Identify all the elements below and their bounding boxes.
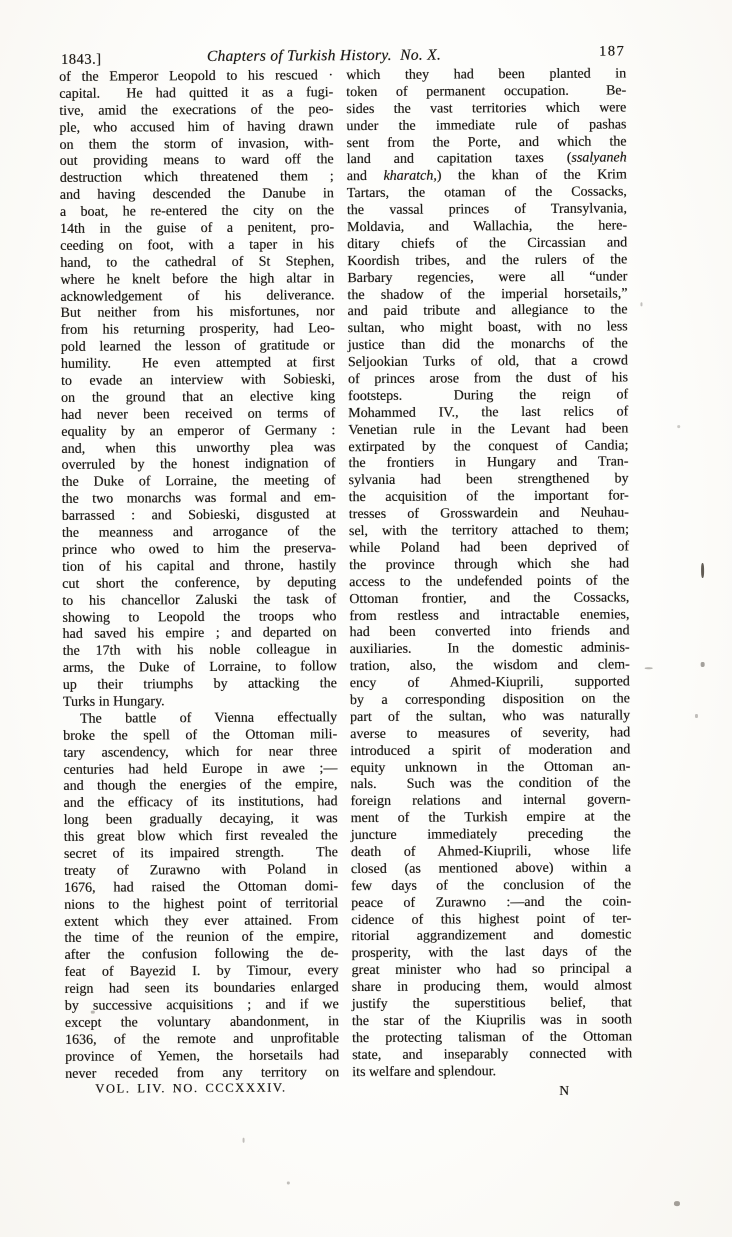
text-line: and the efficacy of its institutions, ha…: [63, 794, 337, 813]
text-line: introduced a spirit of moderation and: [350, 742, 630, 761]
text-line: The battle of Vienna effectually: [63, 710, 337, 729]
text-line: had been converted into friends and: [349, 624, 629, 643]
text-line: had saved his empire ; and departed on: [62, 626, 336, 645]
text-line: justify the superstitious belief, that: [352, 995, 632, 1014]
text-line: nions to the highest point of territoria…: [64, 896, 338, 915]
text-line: cidence of this highest point of ter-: [351, 911, 631, 930]
text-line: But neither from his misfortunes, nor: [60, 305, 334, 324]
text-line: death of Ahmed-Kiuprili, whose life: [351, 843, 631, 862]
ink-speck: [701, 662, 705, 667]
italic-term: ssalyaneh: [571, 151, 626, 166]
text-line: this great blow which first revealed the: [64, 828, 338, 847]
text-line: to evade an interview with Sobieski,: [61, 372, 335, 391]
text-line: tion of his capital and throne, hastily: [62, 558, 336, 577]
text-line: tresses of Grosswardein and Neuhau-: [349, 506, 629, 525]
text-line: under the immediate rule of pashas: [346, 117, 626, 136]
text-line: humility. He even attempted at first: [61, 355, 335, 374]
ink-speck: [674, 1201, 680, 1206]
text-line: footsteps. During the reign of: [348, 387, 628, 406]
text-line: and kharatch,) the khan of the Krim: [347, 168, 627, 187]
text-run: ) the khan of the Krim: [437, 168, 627, 184]
text-line: and though the energies of the empire,: [63, 778, 337, 797]
text-line: sultan, who might boast, with no less: [348, 320, 628, 339]
text-line: prince who owed to him the preserva-: [62, 541, 336, 560]
text-line: had never been received on terms of: [61, 406, 335, 425]
header-year: 1843.]: [61, 52, 102, 69]
text-line: peace of Zurawno :—and the coin-: [351, 894, 631, 913]
text-line: to his chancellor Zaluski the task of: [62, 592, 336, 611]
text-line: sel, with the territory attached to them…: [349, 522, 629, 541]
text-line: capital. He had quitted it as a fugi-: [59, 85, 333, 104]
text-line: pold learned the lesson of gratitude or: [61, 338, 335, 357]
text-line: cut short the conference, by deputing: [62, 575, 336, 594]
text-line: justice than did the monarchs of the: [348, 337, 628, 356]
text-line: by successive acquisitions ; and if we: [65, 997, 339, 1016]
italic-term: kharatch,: [383, 169, 436, 184]
text-line: Ottoman frontier, and the Cossacks,: [349, 590, 629, 609]
text-line: token of permanent occupation. Be-: [346, 83, 626, 102]
text-line: Koordish tribes, and the rulers of the: [347, 252, 627, 271]
text-line: Turks in Hungary.: [63, 693, 337, 712]
text-line: closed (as mentioned above) within a: [351, 860, 631, 879]
text-line: the meanness and arrogance of the: [62, 524, 336, 543]
text-line: equality by an emperor of Germany :: [61, 423, 335, 442]
text-line: and having descended the Danube in: [60, 186, 334, 205]
text-line: its welfare and splendour.: [352, 1063, 632, 1082]
text-line: state, and inseparably connected with: [352, 1046, 632, 1065]
text-line: secret of its impaired strength. The: [64, 845, 338, 864]
text-line: the two monarchs was formal and em-: [62, 490, 336, 509]
ink-speck: [695, 714, 698, 718]
text-line: sides the vast territories which were: [346, 100, 626, 119]
text-line: the acquisition of the important for-: [349, 489, 629, 508]
text-line: treaty of Zurawno with Poland in: [64, 862, 338, 881]
text-line: reign had seen its boundaries enlarged: [65, 980, 339, 999]
text-line: the frontiers in Hungary and Tran-: [348, 455, 628, 474]
text-line: Barbary regencies, were all “under: [347, 269, 627, 288]
volume-footline: VOL. LIV. NO. CCCXXXIV.: [95, 1080, 286, 1096]
text-line: nals. Such was the condition of the: [350, 776, 630, 795]
text-line: the star of the Kiuprilis was in sooth: [352, 1012, 632, 1031]
text-line: which they had been planted in: [346, 66, 626, 85]
text-line: the shadow of the imperial horsetails,”: [347, 286, 627, 305]
text-line: destruction which threatened them ;: [60, 170, 334, 189]
text-column-right: which they had been planted intoken of p…: [346, 66, 632, 1081]
text-line: ency of Ahmed-Kiuprili, supported: [350, 674, 630, 693]
ink-speck: [701, 563, 704, 578]
text-line: the Duke of Lorraine, the meeting of: [61, 474, 335, 493]
text-line: where he knelt before the high altar in: [60, 271, 334, 290]
ink-speck: [287, 1181, 290, 1184]
ink-speck: [243, 1138, 245, 1143]
text-line: the province through which she had: [349, 556, 629, 575]
text-line: long been gradually decaying, it was: [64, 811, 338, 830]
page-number: 187: [599, 43, 625, 60]
text-line: sylvania had been strengthened by: [348, 472, 628, 491]
scanned-sheet: 1843.] Chapters of Turkish History. No. …: [0, 0, 732, 1237]
text-line: while Poland had been deprived of: [349, 539, 629, 558]
text-line: ceeding on foot, with a taper in his: [60, 237, 334, 256]
text-line: province of Yemen, the horsetails had: [65, 1048, 339, 1067]
text-line: the 17th with his noble colleague in: [63, 642, 337, 661]
text-line: juncture immediately preceding the: [351, 826, 631, 845]
text-line: ditary chiefs of the Circassian and: [347, 235, 627, 254]
text-run: and: [347, 169, 384, 184]
ink-speck: [677, 425, 680, 428]
text-line: a boat, he re-entered the city on the: [60, 203, 334, 222]
text-line: prosperity, with the last days of the: [351, 945, 631, 964]
text-line: by a corresponding disposition on the: [350, 691, 630, 710]
text-line: averse to measures of severity, had: [350, 725, 630, 744]
ink-speck: [645, 667, 653, 669]
text-line: except the voluntary abandonment, in: [65, 1014, 339, 1033]
text-line: Venetian rule in the Levant had been: [348, 421, 628, 440]
ink-speck: [640, 302, 642, 306]
text-line: tary ascendency, which for near three: [63, 744, 337, 763]
text-line: on the ground that an elective king: [61, 389, 335, 408]
text-line: ment of the Turkish empire at the: [351, 810, 631, 829]
text-line: tration, also, the wisdom and clem-: [350, 658, 630, 677]
ink-speck: [278, 678, 280, 683]
text-line: great minister who had so principal a: [351, 962, 631, 981]
text-line: arms, the Duke of Lorraine, to follow: [63, 659, 337, 678]
text-run: land and capitation taxes (: [347, 151, 572, 167]
text-line: feat of Bayezid I. by Timour, every: [64, 963, 338, 982]
text-line: the protecting talisman of the Ottoman: [352, 1029, 632, 1048]
text-line: 1676, had raised the Ottoman domi-: [64, 879, 338, 898]
text-line: tive, amid the execrations of the peo-: [59, 102, 333, 121]
text-line: up their triumphs by attacking the: [63, 676, 337, 695]
text-line: foreign relations and internal govern-: [350, 793, 630, 812]
text-line: 1636, of the remote and unprofitable: [65, 1031, 339, 1050]
text-line: showing to Leopold the troops who: [62, 609, 336, 628]
text-line: few days of the conclusion of the: [351, 877, 631, 896]
text-line: access to the undefended points of the: [349, 573, 629, 592]
text-line: after the confusion following the de-: [64, 946, 338, 965]
text-line: ple, who accused him of having drawn: [59, 119, 333, 138]
page: 1843.] Chapters of Turkish History. No. …: [0, 0, 732, 1237]
text-line: Moldavia, and Wallachia, the here-: [347, 218, 627, 237]
text-line: from his returning prosperity, had Leo-: [61, 322, 335, 341]
text-line: hand, to the cathedral of St Stephen,: [60, 254, 334, 273]
text-line: and paid tribute and allegiance to the: [347, 303, 627, 322]
running-title: Chapters of Turkish History. No. X.: [193, 46, 455, 66]
text-line: barrassed : and Sobieski, disgusted at: [62, 507, 336, 526]
text-line: of princes arose from the dust of his: [348, 370, 628, 389]
text-line: share in producing them, would almost: [352, 978, 632, 997]
text-line: Tartars, the otaman of the Cossacks,: [347, 185, 627, 204]
text-column-left: of the Emperor Leopold to his rescued ·c…: [59, 68, 339, 1083]
text-line: auxiliaries. In the domestic adminis-: [350, 641, 630, 660]
text-line: ritorial aggrandizement and domestic: [351, 928, 631, 947]
text-line: the time of the reunion of the empire,: [64, 930, 338, 949]
text-line: broke the spell of the Ottoman mili-: [63, 727, 337, 746]
signature-mark: N: [559, 1083, 569, 1099]
text-line: Mohammed IV., the last relics of: [348, 404, 628, 423]
text-line: the vassal princes of Transylvania,: [347, 202, 627, 221]
text-line: out providing means to ward off the: [60, 153, 334, 172]
ink-speck: [91, 1011, 95, 1014]
text-line: part of the sultan, who was naturally: [350, 708, 630, 727]
text-line: 14th in the guise of a penitent, pro-: [60, 220, 334, 239]
text-line: of the Emperor Leopold to his rescued ·: [59, 68, 333, 87]
text-line: Seljookian Turks of old, that a crowd: [348, 354, 628, 373]
